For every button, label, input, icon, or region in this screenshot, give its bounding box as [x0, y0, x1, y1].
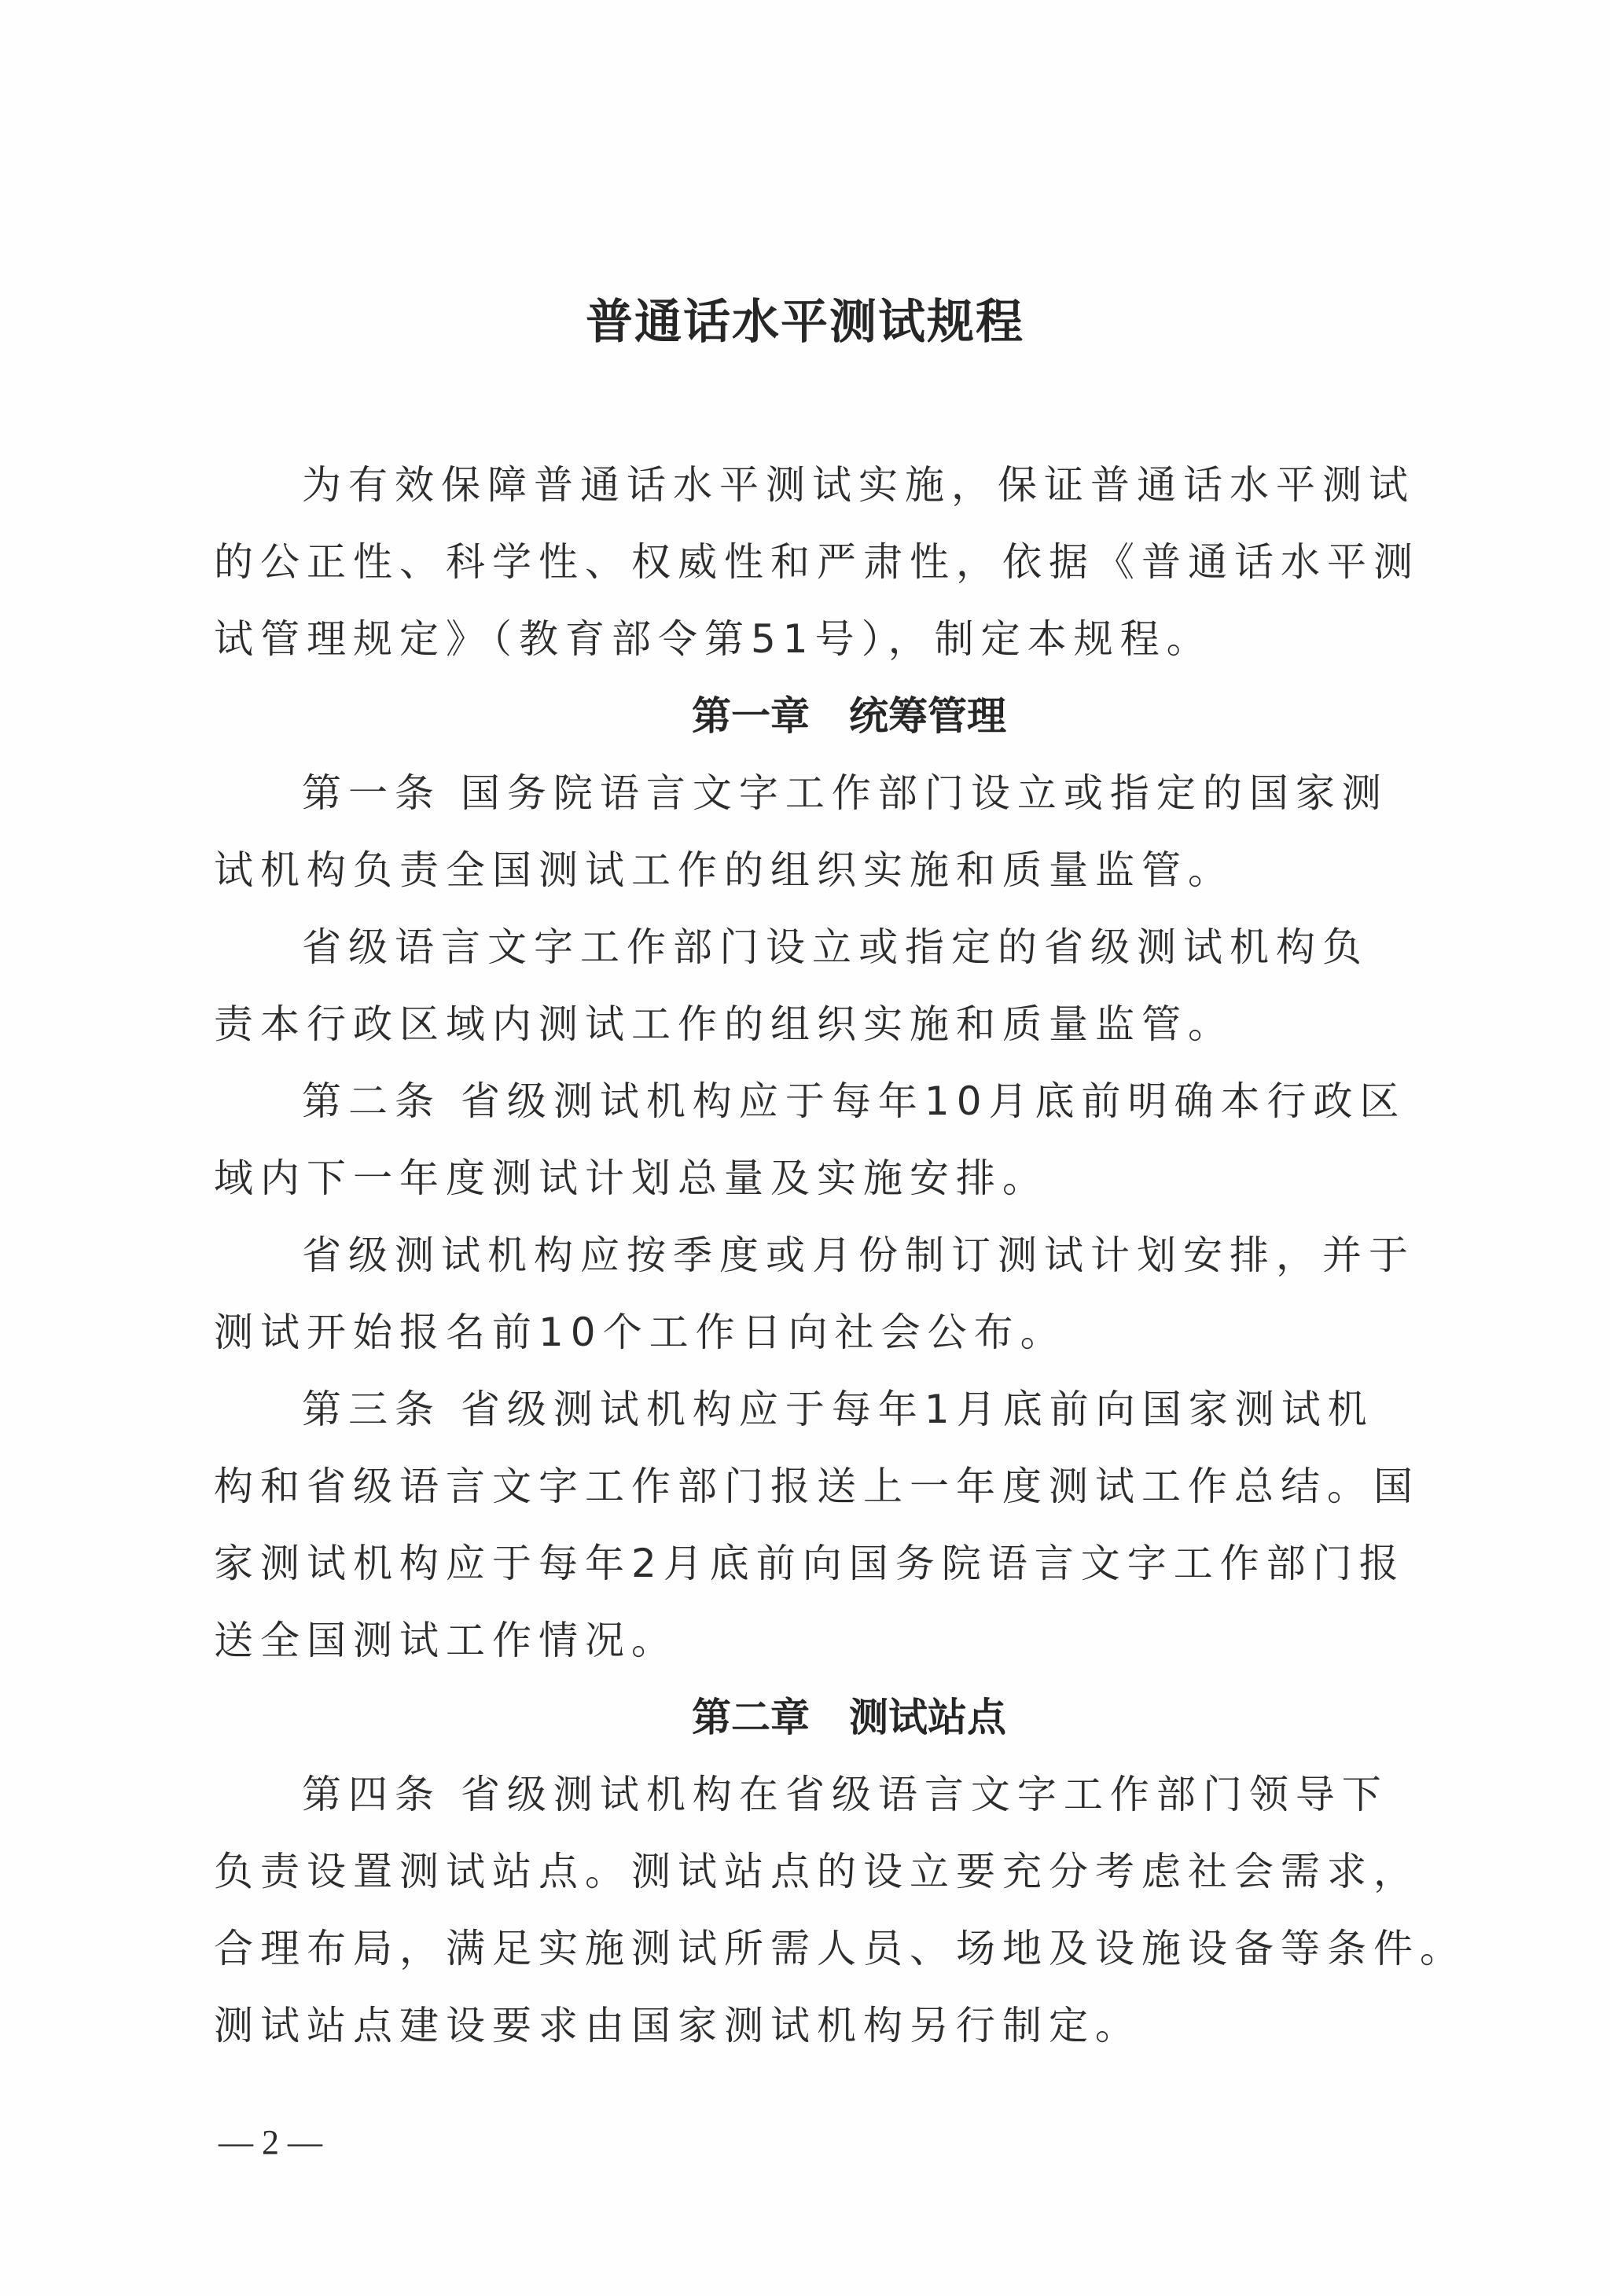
text-line: 第一条 国务院语言文字工作部门设立或指定的国家测	[214, 755, 1374, 832]
text-line: 为有效保障普通话水平测试实施，保证普通话水平测试	[214, 446, 1374, 523]
text-line: 负责设置测试站点。测试站点的设立要充分考虑社会需求，	[214, 1833, 1374, 1910]
text-line: 试管理规定》（教育部令第51号），制定本规程。	[214, 601, 1374, 678]
text-line: 合理布局，满足实施测试所需人员、场地及设施设备等条件。	[214, 1910, 1374, 1987]
article-1-paragraph-2: 省级语言文字工作部门设立或指定的省级测试机构负 责本行政区域内测试工作的组织实施…	[214, 909, 1374, 1063]
text-line: 域内下一年度测试计划总量及实施安排。	[214, 1140, 1374, 1217]
text-line: 省级语言文字工作部门设立或指定的省级测试机构负	[214, 909, 1374, 986]
text-line: 构和省级语言文字工作部门报送上一年度测试工作总结。国	[214, 1448, 1374, 1525]
text-line: 责本行政区域内测试工作的组织实施和质量监管。	[214, 986, 1374, 1063]
document-title: 普通话水平测试规程	[0, 285, 1610, 352]
article-1: 第一条 国务院语言文字工作部门设立或指定的国家测 试机构负责全国测试工作的组织实…	[214, 755, 1374, 909]
text-line: 家测试机构应于每年2月底前向国务院语言文字工作部门报	[214, 1525, 1374, 1602]
text-line: 试机构负责全国测试工作的组织实施和质量监管。	[214, 832, 1374, 909]
chapter-heading-2: 第二章 测试站点	[214, 1679, 1374, 1756]
text-line: 测试开始报名前10个工作日向社会公布。	[214, 1294, 1374, 1371]
preamble-paragraph: 为有效保障普通话水平测试实施，保证普通话水平测试 的公正性、科学性、权威性和严肃…	[214, 446, 1374, 678]
document-page: 普通话水平测试规程 为有效保障普通话水平测试实施，保证普通话水平测试 的公正性、…	[0, 0, 1610, 2296]
document-body: 为有效保障普通话水平测试实施，保证普通话水平测试 的公正性、科学性、权威性和严肃…	[214, 446, 1374, 2064]
article-3: 第三条 省级测试机构应于每年1月底前向国家测试机 构和省级语言文字工作部门报送上…	[214, 1371, 1374, 1679]
page-number: — 2 —	[219, 2122, 322, 2162]
text-line: 第三条 省级测试机构应于每年1月底前向国家测试机	[214, 1371, 1374, 1448]
article-2: 第二条 省级测试机构应于每年10月底前明确本行政区 域内下一年度测试计划总量及实…	[214, 1063, 1374, 1217]
text-line: 第四条 省级测试机构在省级语言文字工作部门领导下	[214, 1756, 1374, 1833]
text-line: 测试站点建设要求由国家测试机构另行制定。	[214, 1987, 1374, 2064]
text-line: 送全国测试工作情况。	[214, 1602, 1374, 1679]
article-2-paragraph-2: 省级测试机构应按季度或月份制订测试计划安排，并于 测试开始报名前10个工作日向社…	[214, 1217, 1374, 1371]
article-4: 第四条 省级测试机构在省级语言文字工作部门领导下 负责设置测试站点。测试站点的设…	[214, 1756, 1374, 2064]
text-line: 第二条 省级测试机构应于每年10月底前明确本行政区	[214, 1063, 1374, 1140]
text-line: 的公正性、科学性、权威性和严肃性，依据《普通话水平测	[214, 523, 1374, 601]
chapter-heading-1: 第一章 统筹管理	[214, 678, 1374, 755]
text-line: 省级测试机构应按季度或月份制订测试计划安排，并于	[214, 1217, 1374, 1294]
